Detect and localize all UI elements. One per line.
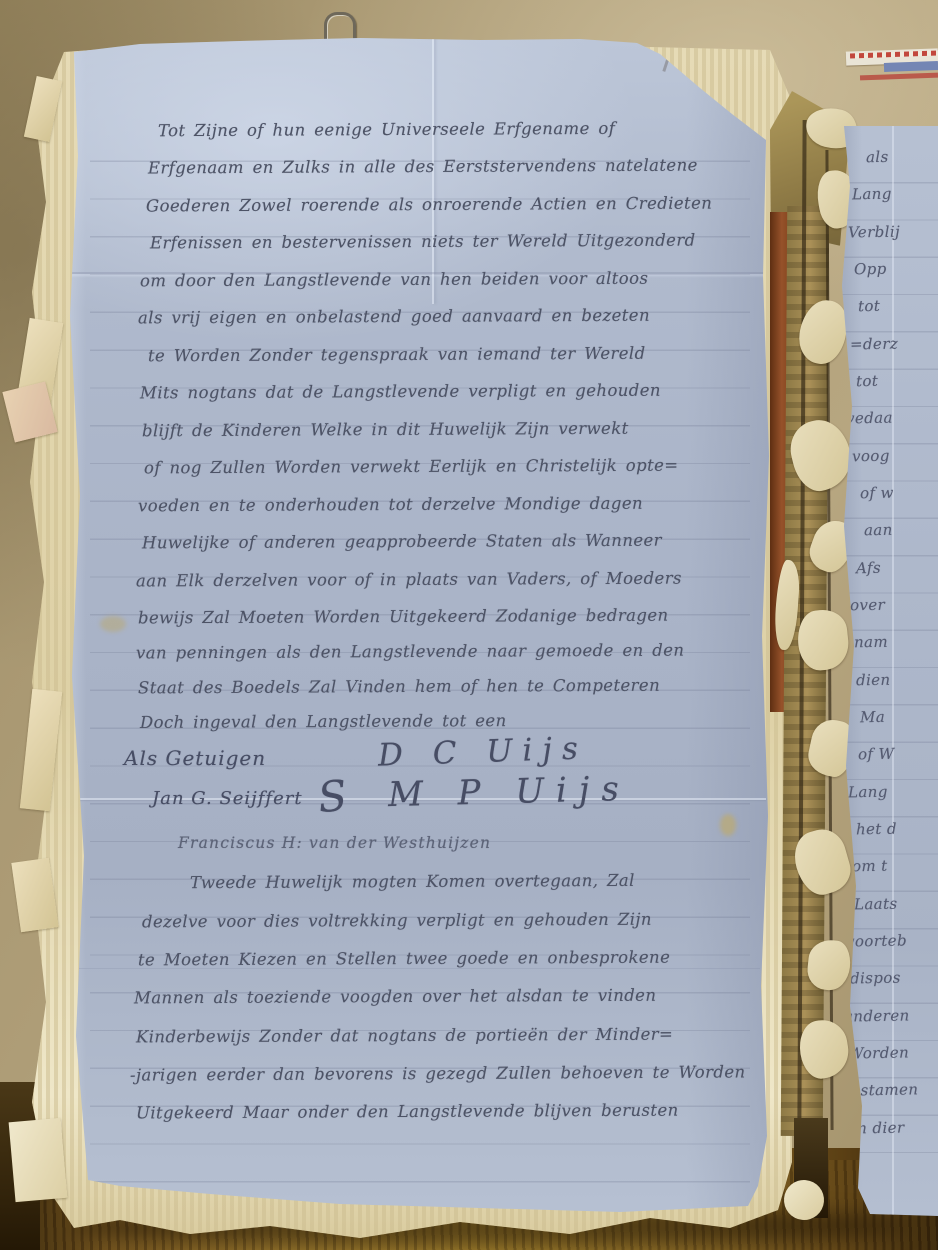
manuscript-line: te Worden Zonder tegenspraak van iemand …: [148, 346, 646, 365]
fragment-line: Ma: [860, 710, 885, 725]
fragment-line: dien: [856, 673, 891, 689]
manuscript-line: Doch ingeval den Langstlevende tot een: [140, 713, 507, 731]
fragment-line: in dier: [852, 1121, 905, 1137]
fragment-line: of W: [858, 747, 895, 763]
witness-signature-seijffert: Jan G. Seijffert: [152, 788, 303, 809]
manuscript-line: Goederen Zowel roerende als onroerende A…: [146, 196, 712, 215]
fragment-line: Lang: [848, 785, 888, 801]
manuscript-line: Kinderbewijs Zonder dat nogtans de porti…: [136, 1027, 673, 1046]
manuscript-line: dezelve voor dies voltrekking verpligt e…: [142, 912, 652, 931]
manuscript-line: bewijs Zal Moeten Worden Uitgekeerd Zoda…: [138, 608, 669, 627]
signature-dc-uijs: D C Uijs: [377, 730, 588, 773]
fragment-line: om t: [852, 859, 888, 875]
witness-heading: Als Getuigen: [124, 746, 266, 770]
fragment-line: voorteb: [846, 933, 907, 949]
fragment-line: dispos: [850, 971, 901, 987]
manuscript-line: Erfenissen en bestervenissen niets ter W…: [150, 233, 696, 252]
manuscript-line: Uitgekeerd Maar onder den Langstlevende …: [136, 1103, 679, 1122]
manuscript-page: Tot Zijne of hun eenige Universeele Erfg…: [60, 36, 772, 1228]
manuscript-line: van penningen als den Langstlevende naar…: [136, 643, 685, 662]
manuscript-line: Tot Zijne of hun eenige Universeele Erfg…: [158, 121, 615, 140]
fragment-line: het d: [856, 822, 897, 838]
adjacent-page: als Lang Verblij Opp tot =derz tot vedaa…: [836, 126, 938, 1216]
manuscript-line: Mits nogtans dat de Langstlevende verpli…: [140, 383, 661, 402]
manuscript-line: Tweede Huwelijk mogten Komen overtegaan,…: [190, 873, 635, 892]
manuscript-line: voeden en te onderhouden tot derzelve Mo…: [138, 496, 643, 515]
fragment-line: of w: [860, 486, 894, 502]
paper-stain: [720, 814, 736, 836]
manuscript-line: te Moeten Kiezen en Stellen twee goede e…: [138, 950, 670, 969]
photo-scene: Tot Zijne of hun eenige Universeele Erfg…: [0, 0, 938, 1250]
manuscript-line: om door den Langstlevende van hen beiden…: [140, 271, 648, 290]
signature-mp-uijs: M P Uijs: [388, 769, 632, 815]
manuscript-line: Staat des Boedels Zal Vinden hem of hen …: [138, 678, 660, 697]
manuscript-line: -jarigen eerder dan bevorens is gezegd Z…: [130, 1064, 746, 1084]
manuscript-line: of nog Zullen Worden verwekt Eerlijk en …: [144, 458, 679, 477]
fragment-line: Testamen: [842, 1082, 919, 1098]
fragment-line: vedaa: [846, 411, 893, 427]
witness-signature-westhuijzen: Franciscus H: van der Westhuijzen: [178, 834, 491, 852]
label-fragment-red-line: [860, 73, 938, 81]
fragment-line: =derz: [850, 337, 898, 353]
fragment-line: Opp: [854, 262, 887, 278]
manuscript-line: blijft de Kinderen Welke in dit Huwelijk…: [142, 421, 629, 440]
fragment-line: anderen: [844, 1008, 910, 1024]
paragraph-2: Tweede Huwelijk mogten Komen overtegaan,…: [144, 874, 764, 1154]
fragment-line: nam: [854, 635, 888, 651]
fragment-line: tot: [856, 374, 879, 389]
label-fragment-blue: [884, 61, 938, 72]
fragment-line: over: [850, 598, 885, 614]
fragment-line: aan: [864, 523, 893, 538]
manuscript-line: als vrij eigen en onbelastend goed aanva…: [138, 308, 650, 327]
manuscript-line: Huwelijke of anderen geapprobeerde State…: [142, 533, 662, 552]
signature-flourish: S: [316, 771, 350, 823]
fragment-line: tot: [858, 299, 881, 314]
torn-paper-stub: [9, 1118, 68, 1202]
fragment-line: Verblij: [848, 225, 900, 241]
fragment-line: als: [866, 150, 889, 165]
fragment-line: voog: [852, 449, 890, 465]
fragment-line: Laats: [854, 897, 898, 913]
manuscript-line: Erfgenaam en Zulks in alle des Eerstster…: [148, 158, 698, 177]
fragment-line: Afs: [856, 561, 881, 576]
paper-stain: [100, 616, 126, 632]
fragment-line: Lang: [852, 187, 892, 203]
fragment-line: Worden: [848, 1045, 909, 1061]
paragraph-1: Tot Zijne of hun eenige Universeele Erfg…: [148, 122, 768, 762]
manuscript-line: aan Elk derzelven voor of in plaats van …: [136, 571, 682, 590]
manuscript-line: Mannen als toeziende voogden over het al…: [134, 988, 656, 1007]
